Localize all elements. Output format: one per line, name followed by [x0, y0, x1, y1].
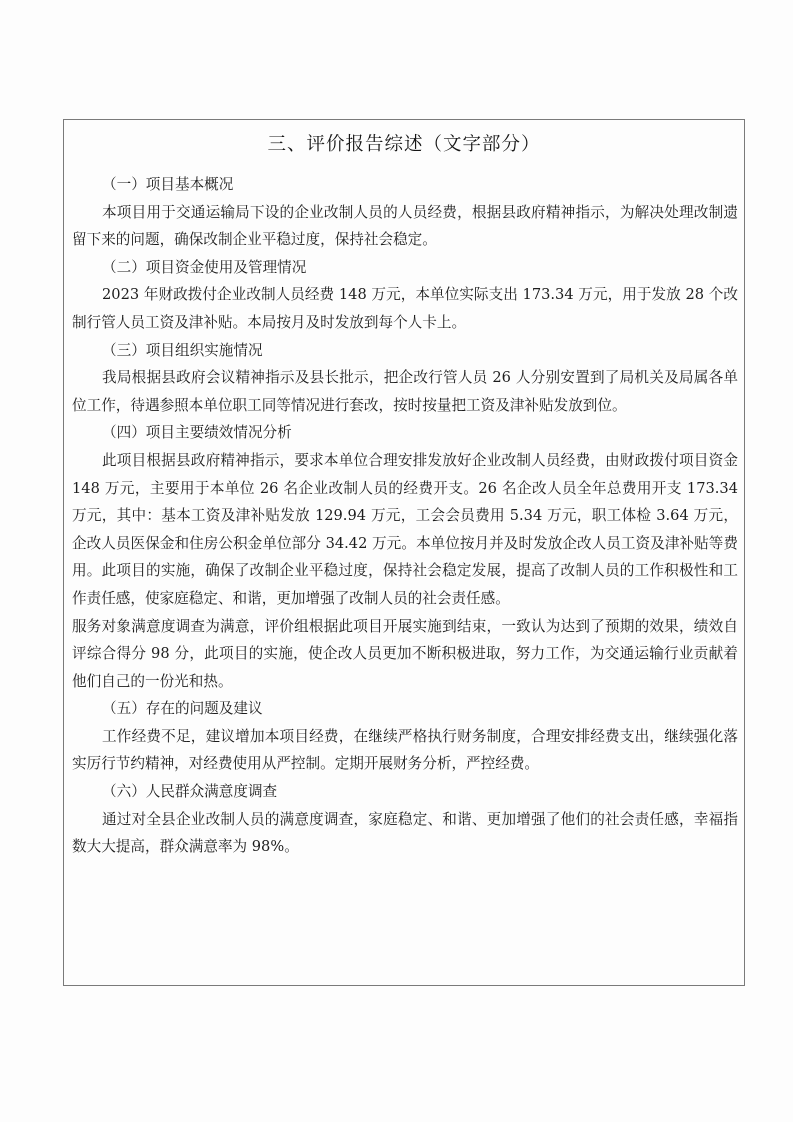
- report-body: （一）项目基本概况 本项目用于交通运输局下设的企业改制人员的人员经费，根据县政府…: [72, 171, 738, 861]
- heading-implementation: （三）项目组织实施情况: [72, 337, 738, 365]
- paragraph-satisfaction-evaluation: 服务对象满意度调查为满意，评价组根据此项目开展实施到结束，一致认为达到了预期的效…: [72, 613, 738, 696]
- paragraph-implementation: 我局根据县政府会议精神指示及县长批示，把企改行管人员 26 人分别安置到了局机关…: [72, 364, 738, 419]
- paragraph-performance-analysis: 此项目根据县政府精神指示，要求本单位合理安排发放好企业改制人员经费，由财政拨付项…: [72, 447, 738, 613]
- report-summary-box: 三、评价报告综述（文字部分） （一）项目基本概况 本项目用于交通运输局下设的企业…: [63, 119, 745, 986]
- heading-basic-overview: （一）项目基本概况: [72, 171, 738, 199]
- heading-performance-analysis: （四）项目主要绩效情况分析: [72, 419, 738, 447]
- heading-fund-usage: （二）项目资金使用及管理情况: [72, 254, 738, 282]
- paragraph-basic-overview: 本项目用于交通运输局下设的企业改制人员的人员经费，根据县政府精神指示，为解决处理…: [72, 199, 738, 254]
- paragraph-problems-suggestions: 工作经费不足，建议增加本项目经费，在继续严格执行财务制度，合理安排经费支出，继续…: [72, 723, 738, 778]
- heading-public-satisfaction: （六）人民群众满意度调查: [72, 778, 738, 806]
- heading-problems-suggestions: （五）存在的问题及建议: [72, 695, 738, 723]
- paragraph-public-satisfaction: 通过对全县企业改制人员的满意度调查，家庭稳定、和谐、更加增强了他们的社会责任感，…: [72, 806, 738, 861]
- paragraph-fund-usage: 2023 年财政拨付企业改制人员经费 148 万元，本单位实际支出 173.34…: [72, 281, 738, 336]
- section-title: 三、评价报告综述（文字部分）: [64, 130, 744, 156]
